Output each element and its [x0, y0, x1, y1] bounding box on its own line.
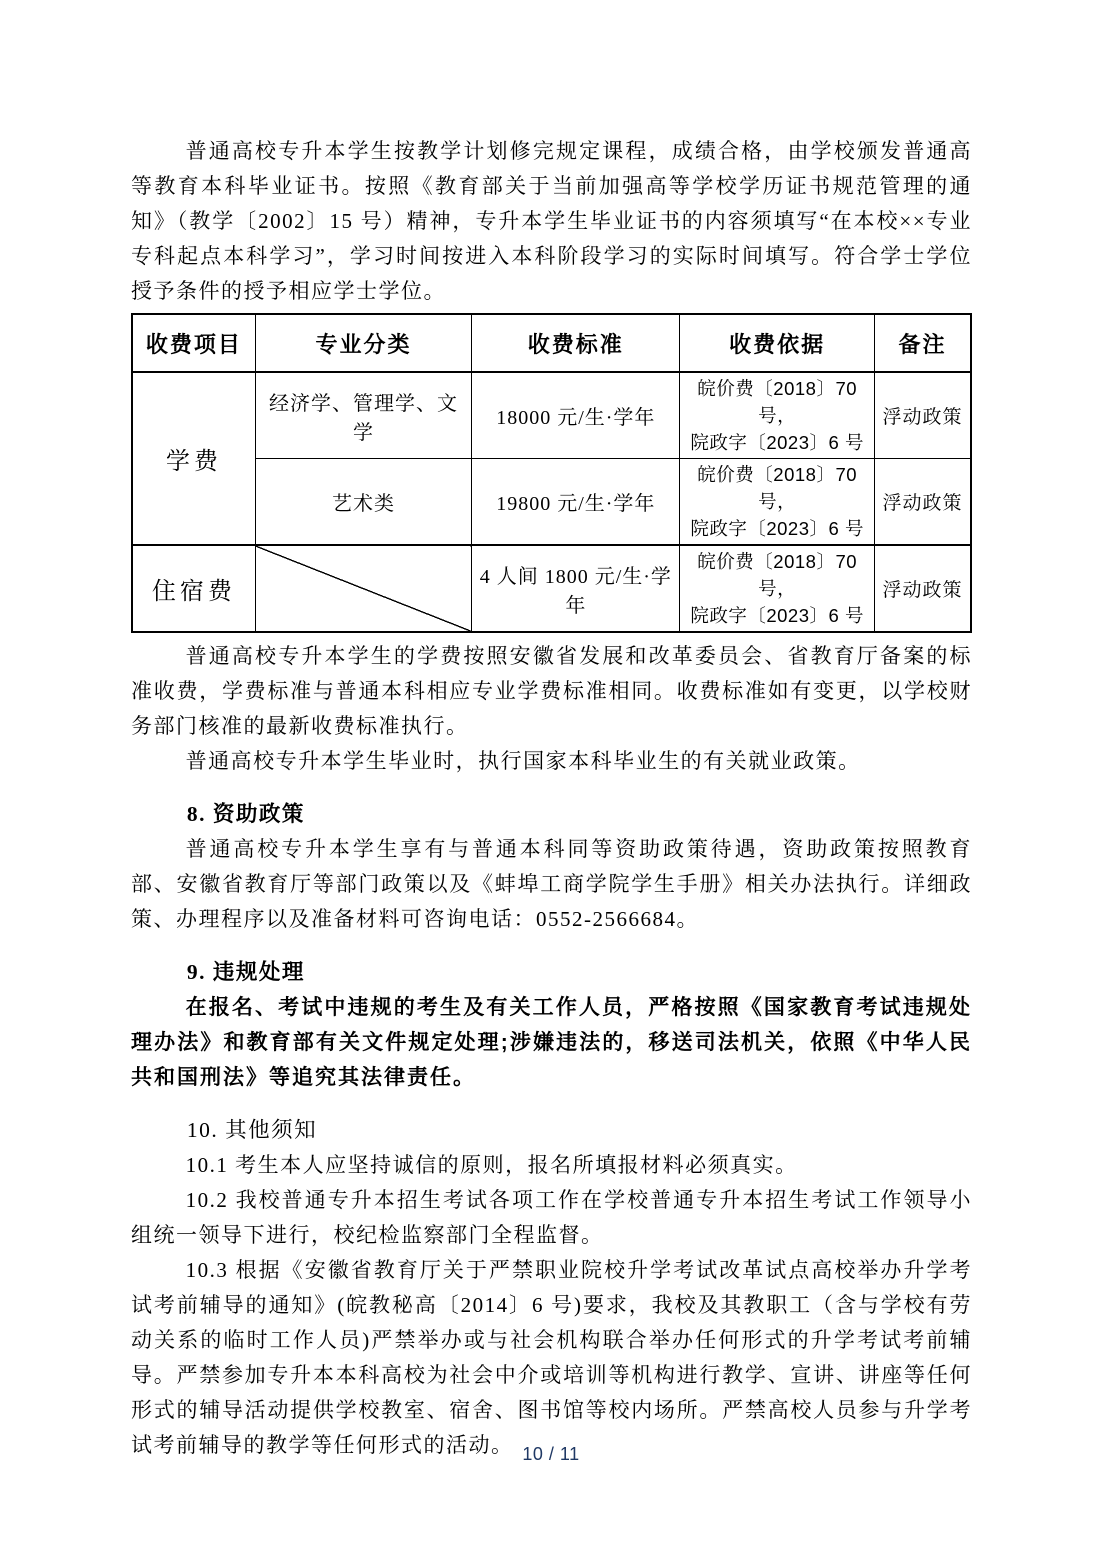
cell-category: 艺术类 [255, 459, 471, 546]
section-heading-9-violation-handling: 9. 违规处理 [131, 955, 972, 990]
col-header-major-category: 专业分类 [255, 314, 471, 372]
page-number: 10 / 11 [0, 1444, 1102, 1465]
cell-standard: 19800 元/生·学年 [472, 459, 680, 546]
document-page: 普通高校专升本学生按教学计划修完规定课程，成绩合格，由学校颁发普通高等教育本科毕… [0, 0, 1102, 1559]
cell-category: 经济学、管理学、文学 [255, 372, 471, 459]
cell-fee-item-lodging: 住宿费 [132, 545, 255, 632]
cell-basis: 皖价费〔2018〕70 号， 院政字〔2023〕6 号 [680, 459, 875, 546]
col-header-remark: 备注 [874, 314, 971, 372]
cell-note: 浮动政策 [874, 459, 971, 546]
section-heading-8-funding-policy: 8. 资助政策 [131, 797, 972, 832]
basis-line-2: 院政字〔2023〕6 号 [684, 429, 870, 456]
paragraph-violation-handling: 在报名、考试中违规的考生及有关工作人员，严格按照《国家教育考试违规处理办法》和教… [131, 990, 972, 1095]
section-heading-10-other-notes: 10. 其他须知 [131, 1113, 972, 1148]
diagonal-slash-cell [255, 545, 471, 632]
paragraph-note-10-3: 10.3 根据《安徽省教育厅关于严禁职业院校升学考试改革试点高校举办升学考试考前… [131, 1253, 972, 1463]
basis-line-1: 皖价费〔2018〕70 号， [684, 461, 870, 515]
paragraph-graduation-certificate: 普通高校专升本学生按教学计划修完规定课程，成绩合格，由学校颁发普通高等教育本科毕… [131, 134, 972, 309]
paragraph-note-10-2: 10.2 我校普通专升本招生考试各项工作在学校普通专升本招生考试工作领导小组统一… [131, 1183, 972, 1253]
paragraph-employment-policy: 普通高校专升本学生毕业时，执行国家本科毕业生的有关就业政策。 [131, 744, 972, 779]
table-row-lodging: 住宿费 4 人间 1800 元/生·学年 皖价费〔2018〕70 号， 院政字〔… [132, 545, 971, 632]
table-row-tuition-economics: 学费 经济学、管理学、文学 18000 元/生·学年 皖价费〔2018〕70 号… [132, 372, 971, 459]
paragraph-tuition-policy: 普通高校专升本学生的学费按照安徽省发展和改革委员会、省教育厅备案的标准收费，学费… [131, 639, 972, 744]
basis-line-2: 院政字〔2023〕6 号 [684, 515, 870, 542]
cell-note: 浮动政策 [874, 372, 971, 459]
col-header-fee-standard: 收费标准 [472, 314, 680, 372]
document-content: 普通高校专升本学生按教学计划修完规定课程，成绩合格，由学校颁发普通高等教育本科毕… [131, 134, 972, 1463]
cell-standard: 18000 元/生·学年 [472, 372, 680, 459]
paragraph-note-10-1: 10.1 考生本人应坚持诚信的原则，报名所填报材料必须真实。 [131, 1148, 972, 1183]
table-row-tuition-arts: 艺术类 19800 元/生·学年 皖价费〔2018〕70 号， 院政字〔2023… [132, 459, 971, 546]
cell-basis: 皖价费〔2018〕70 号， 院政字〔2023〕6 号 [680, 372, 875, 459]
cell-basis: 皖价费〔2018〕70 号， 院政字〔2023〕6 号 [680, 545, 875, 632]
col-header-fee-basis: 收费依据 [680, 314, 875, 372]
basis-line-1: 皖价费〔2018〕70 号， [684, 548, 870, 602]
fee-table-header-row: 收费项目 专业分类 收费标准 收费依据 备注 [132, 314, 971, 372]
basis-line-1: 皖价费〔2018〕70 号， [684, 375, 870, 429]
col-header-fee-item: 收费项目 [132, 314, 255, 372]
paragraph-funding-policy: 普通高校专升本学生享有与普通本科同等资助政策待遇，资助政策按照教育部、安徽省教育… [131, 832, 972, 937]
fee-table: 收费项目 专业分类 收费标准 收费依据 备注 学费 经济学、管理学、文学 180… [131, 313, 972, 633]
basis-line-2: 院政字〔2023〕6 号 [684, 602, 870, 629]
cell-fee-item-tuition: 学费 [132, 372, 255, 545]
cell-standard: 4 人间 1800 元/生·学年 [472, 545, 680, 632]
cell-note: 浮动政策 [874, 545, 971, 632]
